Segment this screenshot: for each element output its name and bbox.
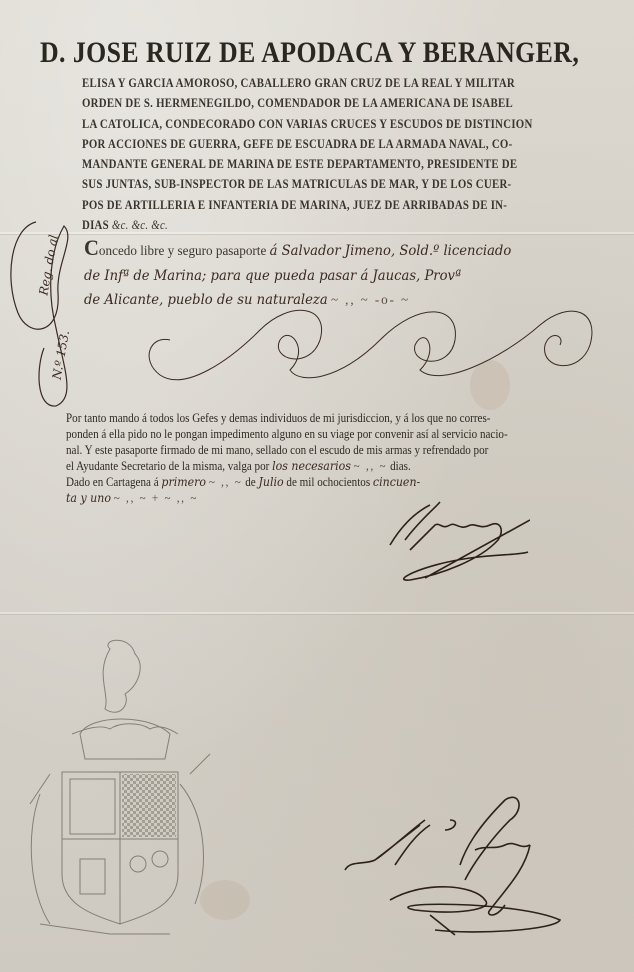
body-line: Por tanto mando á todos los Gefes y dema…	[66, 410, 629, 426]
body-line: ta y uno ~ ,, ~ + ~ ,, ~	[66, 490, 629, 506]
titles-line: POS DE ARTILLERIA E INFANTERIA DE MARINA…	[82, 195, 575, 215]
body-printed-text: Dado en Cartagena á	[66, 475, 159, 489]
margin-registration-note: Reg. do al N.º 153.	[6, 218, 86, 408]
date-month: Julio	[258, 474, 283, 489]
titles-etc: &c. &c. &c.	[112, 218, 168, 232]
titles-line: POR ACCIONES DE GUERRA, GEFE DE ESCUADRA…	[82, 134, 575, 154]
titles-line: ELISA Y GARCIA AMOROSO, CABALLERO GRAN C…	[82, 73, 575, 93]
titles-last-word: DIAS	[82, 218, 109, 232]
body-printed-text: dias.	[390, 459, 411, 473]
calligraphic-flourish-icon	[140, 300, 620, 390]
primary-signature-icon	[380, 500, 530, 590]
passport-document: D. JOSE RUIZ DE APODACA Y BERANGER, ELIS…	[0, 0, 634, 972]
secretary-signature-icon	[335, 790, 565, 940]
fill-squiggle: ~ ,, ~ + ~ ,, ~	[114, 491, 198, 505]
order-paragraph: Por tanto mando á todos los Gefes y dema…	[66, 410, 629, 506]
body-line: el Ayudante Secretario de la misma, valg…	[66, 458, 629, 474]
grant-handwritten-text: á Salvador Jimeno, Sold.º licenciado	[270, 243, 512, 259]
body-printed-text: el Ayudante Secretario de la misma, valg…	[66, 459, 269, 473]
fill-squiggle: ~ ,, ~	[354, 459, 388, 473]
drop-cap: C	[84, 235, 99, 260]
titles-line: LA CATOLICA, CONDECORADO CON VARIAS CRUC…	[82, 114, 575, 134]
honorific-titles: ELISA Y GARCIA AMOROSO, CABALLERO GRAN C…	[82, 73, 575, 235]
titles-line: DIAS &c. &c. &c.	[82, 215, 575, 235]
grant-handwritten-line: de Infª de Marina; para que pueda pasar …	[84, 264, 610, 288]
date-year: cincuen-	[373, 474, 420, 489]
titles-line: MANDANTE GENERAL DE MARINA DE ESTE DEPAR…	[82, 154, 575, 174]
fill-squiggle: ~ ,, ~	[209, 475, 243, 489]
body-printed-text: de	[245, 475, 255, 489]
body-printed-text: de mil ochocientos	[286, 475, 370, 489]
body-line: Dado en Cartagena á primero ~ ,, ~ de Ju…	[66, 474, 629, 490]
body-handwritten-text: los necesarios	[272, 458, 351, 473]
grant-printed-text: oncedo libre y seguro pasaporte	[99, 244, 266, 259]
titles-line: SUS JUNTAS, SUB-INSPECTOR DE LAS MATRICU…	[82, 174, 575, 194]
fold-line	[0, 612, 634, 614]
body-line: nal. Y este pasaporte firmado de mi mano…	[66, 442, 629, 458]
date-year-cont: ta y uno	[66, 490, 111, 505]
body-line: ponden á ella pido no le pongan impedime…	[66, 426, 629, 442]
titles-line: ORDEN DE S. HERMENEGILDO, COMENDADOR DE …	[82, 93, 575, 113]
date-day: primero	[161, 474, 206, 489]
coat-of-arms-icon	[10, 634, 235, 964]
document-title: D. JOSE RUIZ DE APODACA Y BERANGER,	[40, 36, 547, 70]
grant-line: Concedo libre y seguro pasaporte á Salva…	[84, 236, 610, 264]
